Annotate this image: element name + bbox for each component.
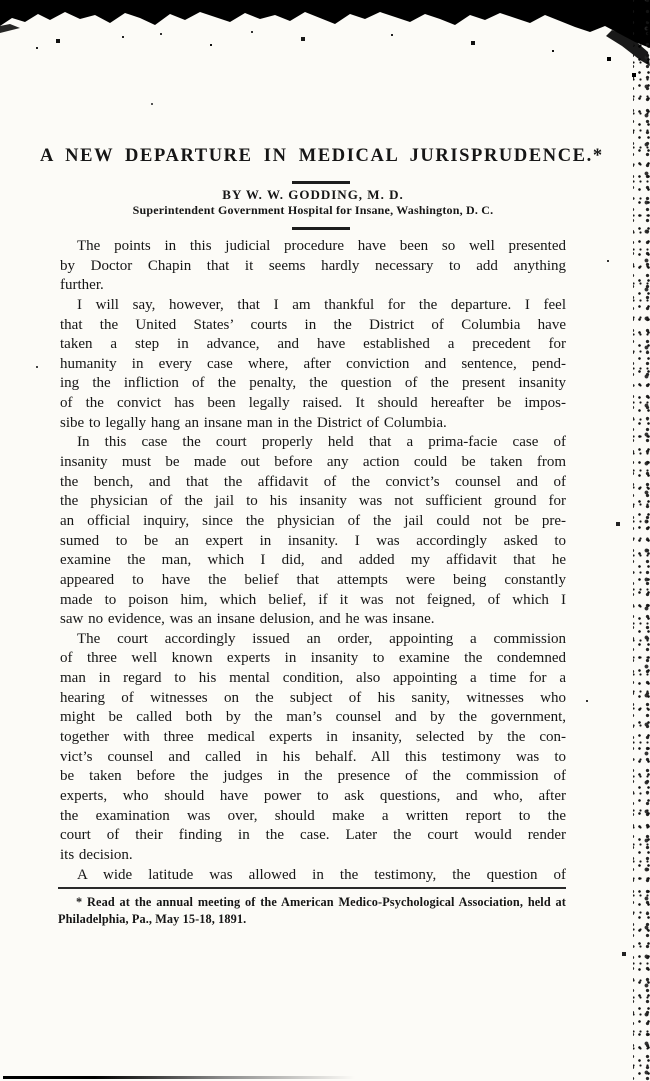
scan-right-edge bbox=[633, 0, 650, 1081]
text-line: insanity must be made out before any act… bbox=[60, 453, 566, 473]
text-line: an official inquiry, since the physician… bbox=[60, 512, 566, 532]
paragraph: In this case the court properly held tha… bbox=[60, 433, 566, 629]
text-line: I will say, however, that I am thankful … bbox=[60, 296, 566, 316]
text-line: experts, who should have power to ask qu… bbox=[60, 787, 566, 807]
text-line: taken a step in advance, and have establ… bbox=[60, 335, 566, 355]
page-title: A NEW DEPARTURE IN MEDICAL JURISPRUDENCE… bbox=[40, 146, 586, 167]
text-line: A wide latitude was allowed in the testi… bbox=[60, 866, 566, 886]
author-affiliation: Superintendent Government Hospital for I… bbox=[40, 203, 586, 218]
text-line: by Doctor Chapin that it seems hardly ne… bbox=[60, 257, 566, 277]
text-line: hearing of witnesses on the subject of h… bbox=[60, 689, 566, 709]
text-line: sumed to be an expert in insanity. I was… bbox=[60, 532, 566, 552]
text-line: humanity in every case where, after conv… bbox=[60, 355, 566, 375]
scan-top-edge bbox=[0, 0, 650, 72]
text-line: appeared to have the belief that attempt… bbox=[60, 571, 566, 591]
footnote-rule bbox=[58, 887, 566, 889]
text-line: ing the infliction of the penalty, the q… bbox=[60, 374, 566, 394]
text-line: might be called both by the man’s counse… bbox=[60, 708, 566, 728]
text-line: of the convict has been legally raised. … bbox=[60, 394, 566, 414]
text-line: sibe to legally hang an insane man in th… bbox=[60, 414, 566, 434]
text-line: together with three medical experts in i… bbox=[60, 728, 566, 748]
paragraph: The court accordingly issued an order, a… bbox=[60, 630, 566, 866]
text-line: be taken before the judges in the presen… bbox=[60, 767, 566, 787]
footnote: * Read at the annual meeting of the Amer… bbox=[58, 894, 566, 928]
text-line: examine the man, which I did, and added … bbox=[60, 551, 566, 571]
paragraph: The points in this judicial procedure ha… bbox=[60, 237, 566, 296]
text-line: In this case the court properly held tha… bbox=[60, 433, 566, 453]
scan-specks bbox=[0, 0, 2, 2]
author-byline: BY W. W. GODDING, M. D. bbox=[40, 187, 586, 203]
scanned-page: A NEW DEPARTURE IN MEDICAL JURISPRUDENCE… bbox=[0, 0, 650, 1081]
text-line: further. bbox=[60, 276, 566, 296]
text-line: man in regard to his mental condition, a… bbox=[60, 669, 566, 689]
scan-bottom-line bbox=[3, 1076, 355, 1079]
text-line: the physician of the jail to his insanit… bbox=[60, 492, 566, 512]
footnote-line: * Read at the annual meeting of the Amer… bbox=[58, 894, 566, 911]
footnote-line: Philadelphia, Pa., May 15-18, 1891. bbox=[58, 911, 566, 928]
text-line: the bench, and that the affidavit of the… bbox=[60, 473, 566, 493]
text-line: court of their finding in the case. Late… bbox=[60, 826, 566, 846]
article-body: The points in this judicial procedure ha… bbox=[60, 237, 566, 885]
text-line: of three well known experts in insanity … bbox=[60, 649, 566, 669]
text-line: The points in this judicial procedure ha… bbox=[60, 237, 566, 257]
title-divider-rule bbox=[292, 181, 350, 184]
text-line: vict’s counsel and called in his behalf.… bbox=[60, 748, 566, 768]
text-line: saw no evidence, was an insane delusion,… bbox=[60, 610, 566, 630]
text-line: made to poison him, which belief, if it … bbox=[60, 591, 566, 611]
byline-divider-rule bbox=[292, 227, 350, 230]
text-line: The court accordingly issued an order, a… bbox=[60, 630, 566, 650]
paragraph: I will say, however, that I am thankful … bbox=[60, 296, 566, 433]
text-line: the examination was over, should make a … bbox=[60, 807, 566, 827]
text-line: its decision. bbox=[60, 846, 566, 866]
paragraph: A wide latitude was allowed in the testi… bbox=[60, 866, 566, 886]
text-line: that the United States’ courts in the Di… bbox=[60, 316, 566, 336]
